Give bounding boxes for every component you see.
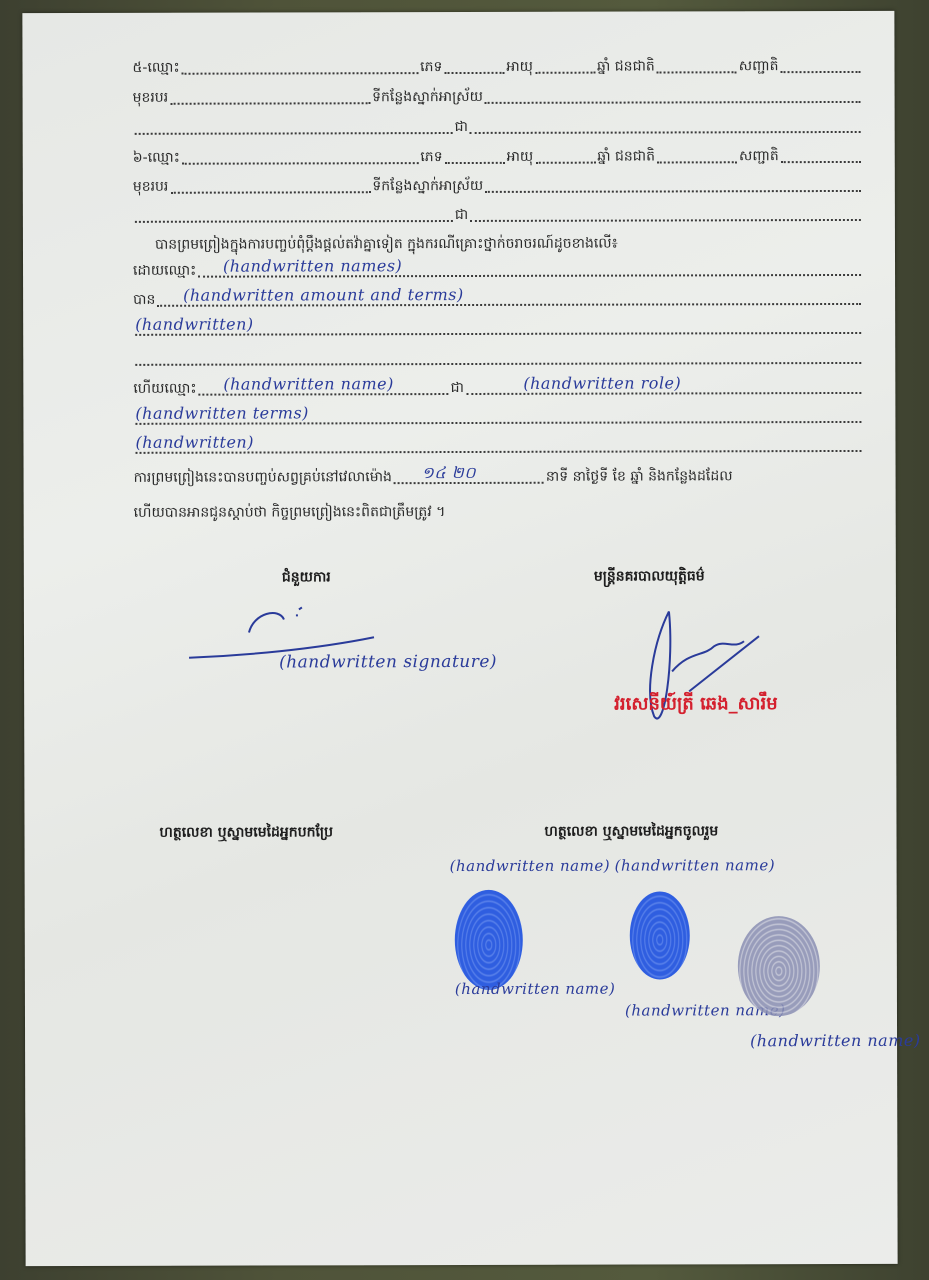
closing-time-handwritten: ១៤ ២០ [422,462,477,486]
person6-occupation-label: មុខរបរ [133,177,169,199]
document-page: ៥-ឈ្មោះ ភេទ អាយុ ឆ្នាំ ជនជាតិ សញ្ជាតិ មុ… [22,11,897,1266]
thumb1-label-top: (handwritten name) [450,857,610,875]
participant-thumb-title: ហត្ថលេខា ឬស្នាមមេដៃអ្នកចូលរួម [544,821,718,842]
person6-age-label: អាយុ [507,147,534,169]
received-handwritten: (handwritten amount and terms) [183,285,464,305]
and-as-handwritten: (handwritten role) [523,373,681,392]
closing-line-2: ហើយបានអានជូនស្តាប់ថា កិច្ចព្រមព្រៀងនេះពិ… [134,501,864,524]
person5-row3: ជា [133,116,863,140]
thumbprint-3 [738,916,820,1016]
blank-row [133,347,863,371]
by-name-handwritten: (handwritten names) [223,256,402,275]
person6-as-label: ជា [455,205,468,227]
closing-row: ការព្រមព្រៀងនេះបានបញ្ចប់សព្វគ្រប់នៅវេលាម… [134,466,864,490]
thumbprint-1 [455,890,523,990]
clerk-signature [184,597,444,698]
person5-row1: ៥-ឈ្មោះ ភេទ អាយុ ឆ្នាំ ជនជាតិ សញ្ជាតិ [132,56,862,80]
person6-row3: ជា [133,204,863,228]
person5-name-label: ៥-ឈ្មោះ [132,58,179,80]
and-as-label: ជា [451,378,464,400]
thumbprint-2 [630,891,690,979]
person5-as-label: ជា [455,117,468,139]
person6-residence-label: ទីកន្លែងស្នាក់អាស្រ័យ [372,176,483,198]
and-name-handwritten: (handwritten name) [223,374,394,393]
person5-nationality-label: ឆ្នាំ ជនជាតិ [597,56,655,78]
closing-prefix: ការព្រមព្រៀងនេះបានបញ្ចប់សព្វគ្រប់នៅវេលាម… [134,467,392,490]
officer-stamp-name: វរសេនីយ៍ត្រី ឆេង_សារឹម [614,691,778,718]
person5-occupation-label: មុខរបរ [133,88,169,110]
person6-occupation-field [170,191,370,194]
and-name-label: ហើយឈ្មោះ [133,379,196,401]
blank-field [135,362,861,366]
person6-row2: មុខរបរ ទីកន្លែងស្នាក់អាស្រ័យ [133,175,863,199]
person6-row3-field-b [470,219,861,222]
clerk-handwritten-name: (handwritten signature) [279,652,497,673]
person5-row2: មុខរបរ ទីកន្លែងស្នាក់អាស្រ័យ [133,86,863,110]
person5-residence-label: ទីកន្លែងស្នាក់អាស្រ័យ [372,87,483,109]
person6-name-label: ៦-ឈ្មោះ [133,148,180,170]
person6-sex-label: ភេទ [420,147,442,169]
person5-row3-field-b [470,131,861,134]
person6-residence-field [485,190,861,193]
and-cont-handwritten-1: (handwritten terms) [135,403,309,422]
person6-nationality-label: ឆ្នាំ ជនជាតិ [597,146,655,168]
person6-name-field [182,162,419,165]
person6-row1: ៦-ឈ្មោះ ភេទ អាយុ ឆ្នាំ ជនជាតិ សញ្ជាតិ [133,146,863,170]
closing-suffix: នាទី នាថ្ងៃទី ខែ ឆ្នាំ និងកន្លែងដដែល [546,466,733,488]
received-label: បាន [133,290,155,312]
translator-thumb-title: ហត្ថលេខា ឬស្នាមមេដៃអ្នកបកប្រែ [159,822,333,843]
thumb2-label-top: (handwritten name) [615,856,775,874]
person5-sex-label: ភេទ [420,57,442,79]
thumb1-label-bottom: (handwritten name) [455,980,615,998]
person5-citizenship-field [781,71,861,73]
agreement-intro: បានព្រមព្រៀងក្នុងការបញ្ចប់ពុំប្តឹងផ្តល់ត… [133,233,885,256]
person5-nationality-field [657,71,737,73]
and-cont-handwritten-2: (handwritten) [135,433,254,452]
officer-title: មន្ត្រីនគរបាលយុត្តិធម៌ [594,566,705,587]
person5-residence-field [485,101,861,104]
person5-occupation-field [170,102,370,105]
person6-nationality-field [657,161,737,163]
person5-age-label: អាយុ [506,57,533,79]
by-name-label: ដោយឈ្មោះ [133,261,196,283]
person5-row3-field-a [135,132,453,135]
person6-citizenship-field [781,161,861,163]
person5-sex-field [444,72,504,74]
thumb3-label-bottom: (handwritten name) [750,1031,921,1050]
person6-age-field [535,162,595,164]
person6-row3-field-a [135,220,453,223]
person6-sex-field [445,162,505,164]
clerk-title: ជំនួយការ [282,567,331,588]
person6-citizenship-label: សញ្ជាតិ [739,146,779,168]
person5-name-field [182,72,419,75]
person5-citizenship-label: សញ្ជាតិ [739,56,779,78]
received-handwritten-cont: (handwritten) [135,315,254,334]
person5-age-field [535,72,595,74]
